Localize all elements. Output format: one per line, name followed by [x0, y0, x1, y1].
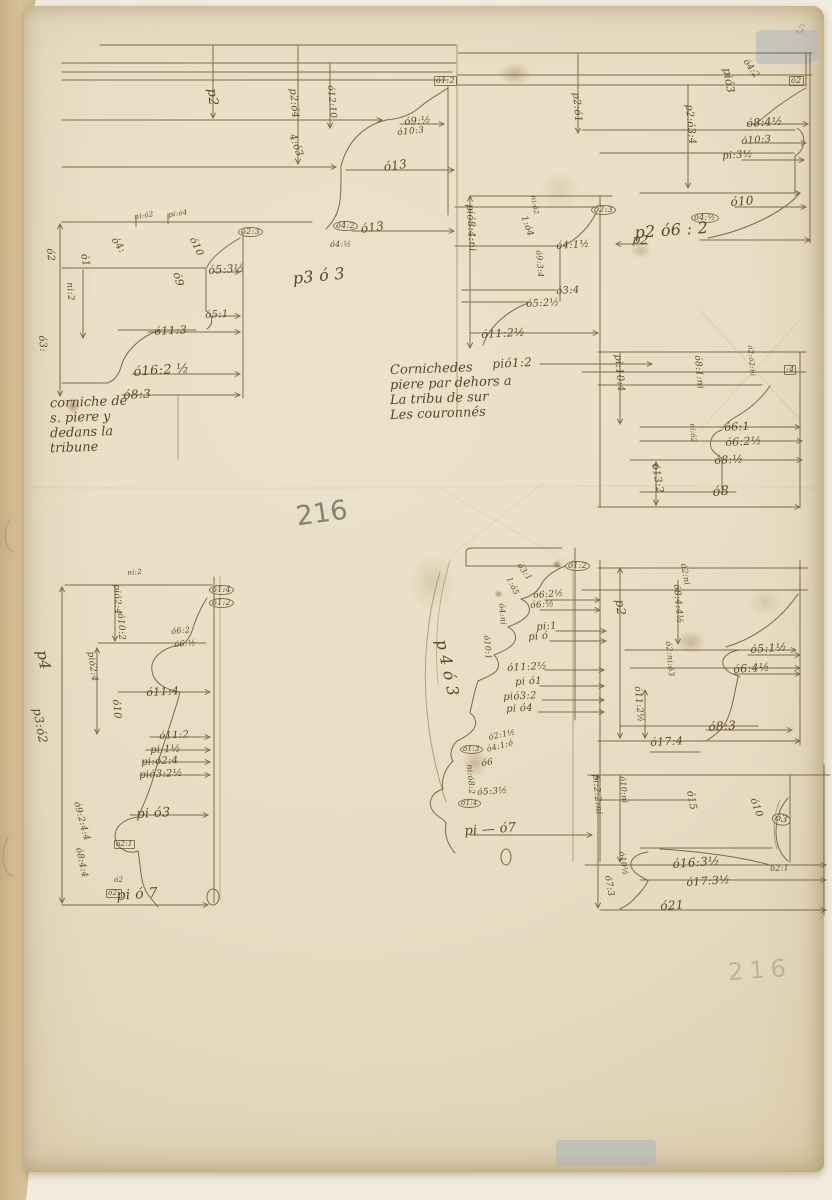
measurement-label: ó5:3½: [477, 787, 508, 798]
measurement-label: ó10:ni: [618, 776, 628, 804]
measurement-label: pi:ó4: [168, 209, 188, 219]
measurement-label: :4: [784, 365, 796, 375]
measurement-label: ó8:4:4: [73, 847, 88, 879]
measurement-label: ó12:10: [325, 85, 337, 119]
manuscript-photo: p2p2:ó4ó12:104:ó3ó1:2ó9:½ó10:3ó13ó13ó4:2…: [0, 0, 832, 1200]
measurement-label: ó5:2½: [526, 298, 560, 310]
measurement-label: ó2: [114, 877, 123, 884]
measurement-label: ó17:4: [650, 735, 683, 748]
measurement-label: ó10: [730, 194, 754, 208]
measurement-label: pi ó: [528, 632, 549, 643]
caption-line: tribune: [50, 439, 128, 457]
measurement-label: ó2:ni:ó3: [664, 641, 675, 677]
measurement-label: ó16:2 ½: [133, 362, 190, 379]
measurement-label: ó1: [78, 253, 90, 268]
measurement-label: ó8:4½: [746, 115, 783, 129]
measurement-label: ni:ó2: [688, 423, 697, 443]
measurement-label: p4: [34, 649, 52, 671]
measurement-label: 4:ó3: [287, 133, 304, 158]
measurement-label: p 4 ó 3: [433, 638, 461, 698]
measurement-label: ó2: [789, 76, 804, 86]
measurement-label: ó6:1: [724, 421, 750, 433]
measurement-label: ni:2: [127, 569, 142, 577]
measurement-label: ó10:3: [741, 135, 772, 147]
measurement-label: pi:3½: [722, 150, 753, 162]
measurement-label: ó10½: [617, 851, 629, 876]
measurement-label: ó11:2½: [507, 662, 547, 674]
measurement-label: ó8:1:ni: [692, 355, 704, 389]
measurement-label: ó3:1: [515, 562, 532, 582]
measurement-label: ó15: [684, 790, 697, 811]
corner-number-graphite: 216: [727, 954, 793, 986]
measurement-label: ó10: [748, 797, 764, 819]
measurement-label: ó9:2:4:4: [71, 801, 90, 842]
measurement-label: ó9:3:4: [534, 250, 544, 278]
measurement-label: ó2:ó2:ni: [746, 345, 756, 377]
measurement-label: ó6: [481, 758, 494, 769]
measurement-label: ó4:: [109, 236, 127, 255]
measurement-label: pió3: [721, 67, 736, 94]
caption-line: Les couronnés: [390, 404, 512, 423]
measurement-label: p2: [205, 88, 219, 106]
measurement-label: ó6:½: [530, 600, 555, 611]
measurement-label: p3 ó 3: [292, 266, 346, 287]
measurement-label: ni:ó2: [529, 195, 539, 215]
measurement-label: ni:2: [64, 282, 75, 301]
measurement-label: pió3:2½: [139, 769, 183, 781]
measurement-label: pi ó4: [506, 704, 533, 715]
measurement-label: pi ó3: [136, 806, 171, 821]
measurement-label: p3:ó2: [31, 707, 49, 744]
measurement-label: ó9: [171, 271, 185, 288]
measurement-label: pió2:4: [85, 651, 98, 682]
measurement-label: ó6:2: [171, 626, 191, 636]
measurement-label: ó4:2: [333, 221, 358, 231]
measurement-label: ó4:1½: [556, 240, 590, 252]
measurement-label: ó4:2: [741, 58, 760, 80]
measurement-label: ni:ó2: [134, 211, 154, 221]
measurement-label: ó6:4½: [733, 661, 770, 675]
measurement-label: ó2:3: [591, 205, 616, 215]
measurement-label: ó8:4:4½: [671, 584, 683, 624]
measurement-label: pió8:4:ni: [464, 204, 476, 252]
measurement-label: ó11:2: [159, 730, 189, 742]
measurement-label: p2:ó4: [287, 88, 300, 119]
measurement-label: ó11:3: [154, 324, 187, 337]
measurement-label: ni:ó8:2: [465, 764, 476, 795]
measurement-label: pi ó1: [515, 677, 542, 688]
measurement-label: p2:ó1: [570, 92, 583, 123]
measurement-label: ó1:2: [434, 76, 457, 86]
measurement-label: ó16:3½: [672, 855, 720, 870]
measurement-label: pió2:4: [111, 584, 122, 615]
measurement-label: pió3:2: [503, 691, 537, 703]
measurement-label: p2:ó3:4: [683, 104, 696, 145]
measurement-label: pi:2:2:ni: [590, 774, 603, 815]
measurement-label: ó2:1: [770, 864, 789, 873]
measurement-label: ó3:: [36, 335, 47, 352]
measurement-label: ó1:4: [458, 799, 481, 808]
measurement-label: pi:10:4: [612, 354, 625, 392]
measurement-label: ó10: [110, 699, 122, 719]
measurement-label: ó5:3½: [208, 262, 245, 276]
measurement-label: ó8: [712, 485, 730, 499]
measurement-label: ó6:2½: [725, 435, 762, 448]
measurement-annotations: p2p2:ó4ó12:104:ó3ó1:2ó9:½ó10:3ó13ó13ó4:2…: [0, 0, 832, 1200]
measurement-label: ó10:1: [482, 635, 492, 660]
measurement-label: ó1:2: [565, 561, 590, 571]
measurement-label: ó17:3½: [686, 874, 730, 888]
measurement-label: ó5:1: [205, 310, 229, 321]
measurement-label: ó13:2: [649, 463, 664, 494]
measurement-label: ó3:4: [556, 286, 580, 297]
measurement-label: p2 ó6 : 2: [634, 220, 709, 241]
measurement-label: ó8:3: [708, 719, 737, 733]
measurement-label: pi:ó2:4: [141, 756, 179, 768]
measurement-label: ó5:1½: [750, 641, 787, 655]
measurement-label: ó4:½: [330, 241, 352, 249]
measurement-label: ó10: [187, 236, 204, 258]
measurement-label: 1:ó4: [519, 215, 535, 238]
measurement-label: ó10:3: [397, 127, 425, 138]
measurement-label: ó2:1: [114, 840, 135, 849]
measurement-label: ó10:2: [115, 613, 125, 641]
measurement-label: ó2:ni: [679, 563, 691, 586]
measurement-label: ó4:ni: [497, 603, 507, 625]
measurement-label: ó1:2: [209, 598, 234, 608]
measurement-label: ó1:4: [209, 585, 234, 595]
measurement-label: pi ó 7: [116, 886, 158, 903]
measurement-label: ó1:3: [460, 745, 483, 754]
measurement-label: 1:ó5: [505, 576, 520, 597]
measurement-label: ó6:½: [174, 639, 196, 649]
measurement-label: pi — ó7: [464, 821, 517, 838]
measurement-label: ó2:3: [238, 227, 263, 237]
measurement-label: ó3: [771, 812, 792, 827]
measurement-label: ó8:½: [714, 453, 744, 466]
measurement-label: ó13: [360, 220, 385, 235]
measurement-label: ó7:3: [602, 875, 615, 897]
measurement-label: p2: [614, 599, 627, 616]
caption-left: corniche de s. piere y dedans la tribune: [50, 395, 127, 455]
measurement-label: ó11:2½: [481, 327, 525, 340]
measurement-label: ó21: [660, 899, 684, 912]
measurement-label: ó13: [383, 158, 408, 173]
measurement-label: ó11:2½: [632, 686, 644, 723]
caption-center: Cornichedes piere par dehors a La tribu …: [390, 361, 512, 421]
measurement-label: ó11:4: [146, 685, 179, 698]
measurement-label: ó2: [44, 248, 55, 262]
